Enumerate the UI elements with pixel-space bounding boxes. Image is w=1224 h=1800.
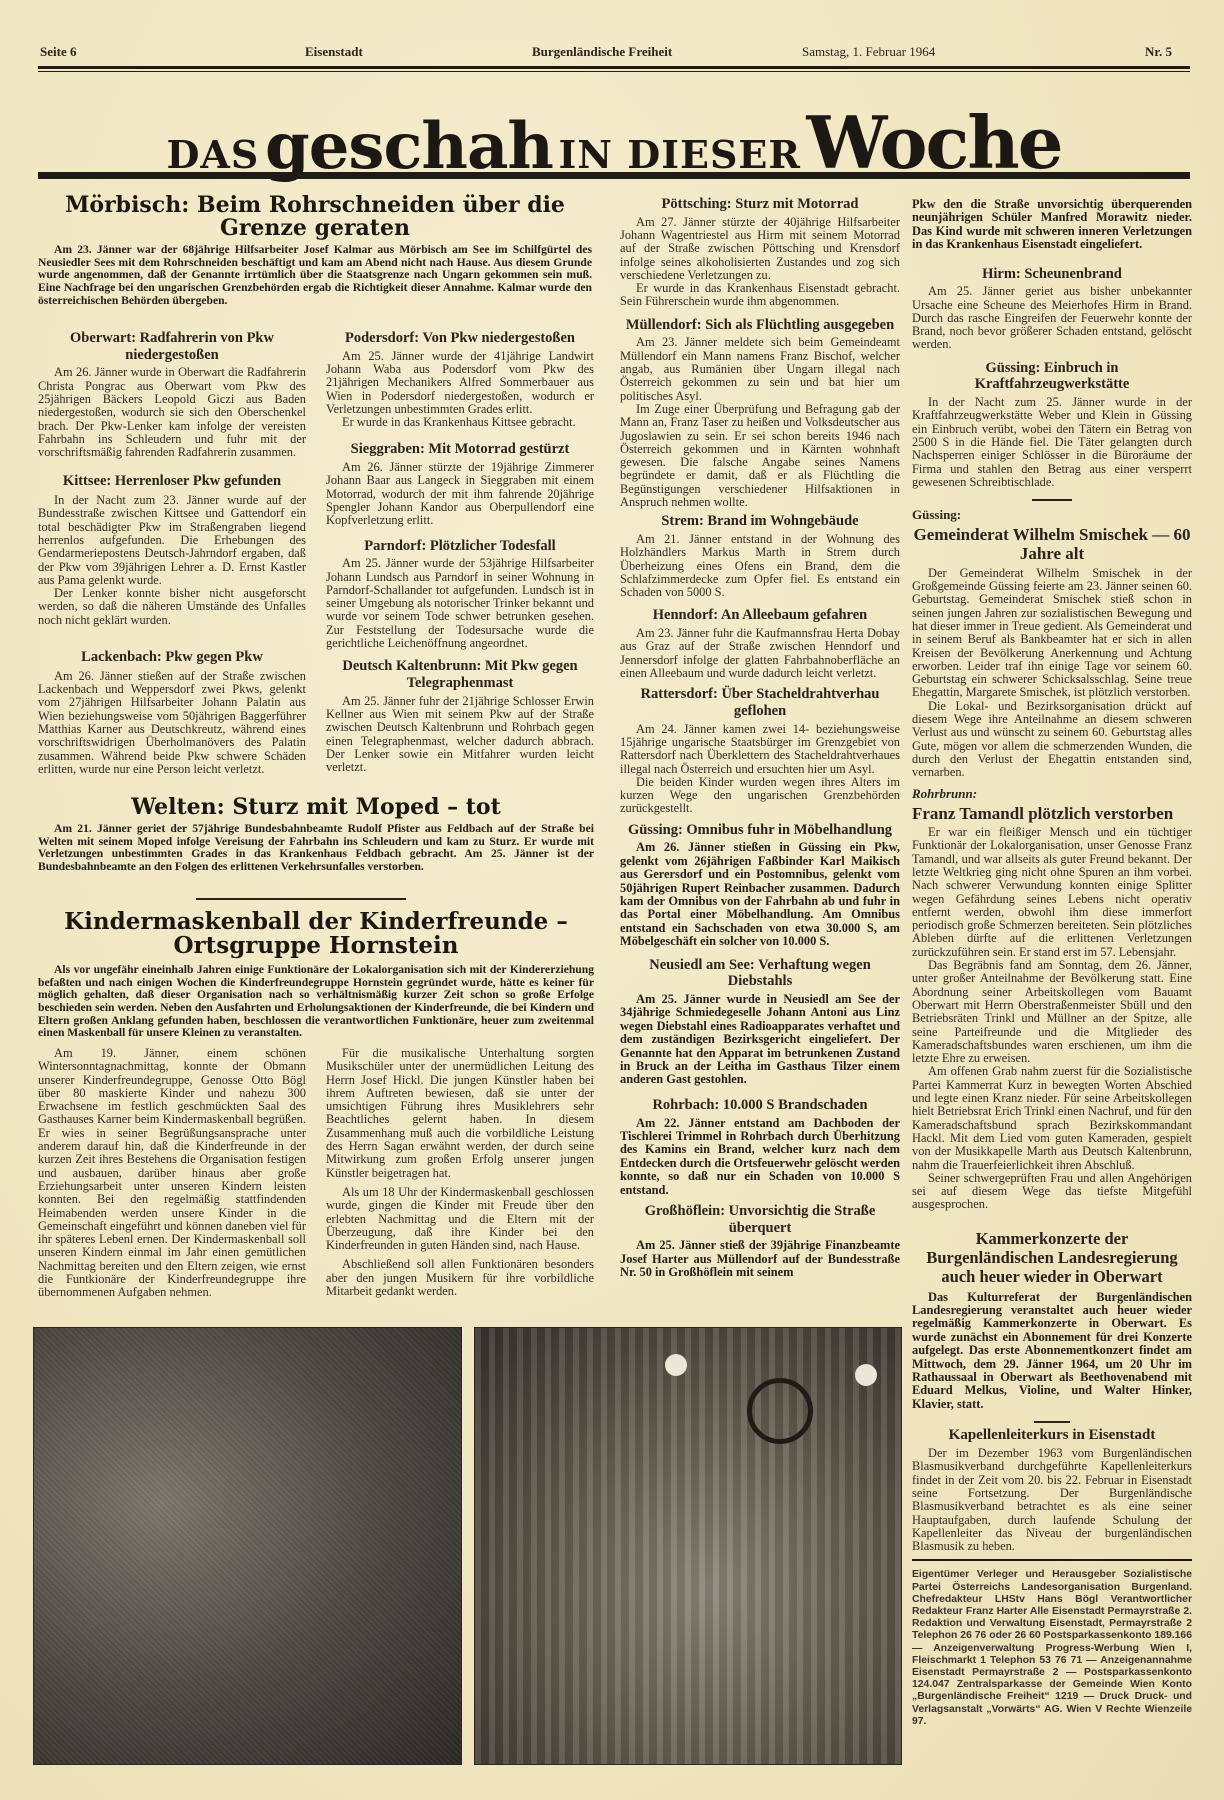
- folio-rule: [38, 66, 1190, 69]
- column-3: Pöttsching: Sturz mit Motorrad Am 27. Jä…: [620, 196, 900, 1280]
- article-kindermaskenball: Kindermaskenball der Kinderfreunde – Ort…: [38, 910, 594, 1040]
- party-emblem-icon: [747, 1378, 813, 1444]
- headline: Mörbisch: Beim Rohrschneiden über die Gr…: [38, 194, 592, 240]
- separator: [1034, 1421, 1070, 1423]
- article-welten: Welten: Sturz mit Moped – tot Am 21. Jän…: [38, 796, 594, 873]
- lamp-icon: [855, 1364, 877, 1386]
- newspaper-page: Seite 6 Eisenstadt Burgenländische Freih…: [0, 0, 1224, 1800]
- headline: Neusiedl am See: Verhaftung wegen Diebst…: [620, 957, 900, 990]
- kicker: Rohrbrunn:: [912, 786, 1192, 802]
- headline: Müllendorf: Sich als Flüchtling ausgegeb…: [620, 317, 900, 334]
- headline: Kittsee: Herrenloser Pkw gefunden: [38, 473, 306, 490]
- issue-date: Samstag, 1. Februar 1964: [802, 44, 935, 60]
- headline: Oberwart: Radfahrerin von Pkw niedergest…: [38, 330, 306, 363]
- headline: Pöttsching: Sturz mit Motorrad: [620, 196, 900, 213]
- headline: Strem: Brand im Wohngebäude: [620, 513, 900, 530]
- headline: Rattersdorf: Über Stacheldrahtverhau gef…: [620, 686, 900, 719]
- separator: [1032, 499, 1072, 501]
- lamp-icon: [665, 1354, 687, 1376]
- headline: Gemeinderat Wilhelm Smischek — 60 Jahre …: [912, 525, 1192, 564]
- headline: Sieggraben: Mit Motorrad gestürzt: [326, 441, 594, 458]
- column-2: Podersdorf: Von Pkw niedergestoßen Am 25…: [326, 330, 594, 774]
- imprint-rule: [912, 1559, 1192, 1561]
- headline: Kindermaskenball der Kinderfreunde – Ort…: [38, 910, 594, 958]
- column-1: Oberwart: Radfahrerin von Pkw niedergest…: [38, 330, 306, 776]
- headline: Lackenbach: Pkw gegen Pkw: [38, 649, 306, 666]
- headline: Großhöflein: Unvorsichtig die Straße übe…: [620, 1203, 900, 1236]
- headline: Podersdorf: Von Pkw niedergestoßen: [326, 330, 594, 347]
- headline: Henndorf: An Alleebaum gefahren: [620, 607, 900, 624]
- page-number: Seite 6: [40, 44, 76, 60]
- headline: Rohrbach: 10.000 S Brandschaden: [620, 1097, 900, 1114]
- headline: Deutsch Kaltenbrunn: Mit Pkw gegen Teleg…: [326, 658, 594, 691]
- headline: Hirm: Scheunenbrand: [912, 266, 1192, 283]
- headline: Güssing: Einbruch in Kraftfahrzeugwerkst…: [912, 360, 1192, 393]
- folio-line: Seite 6 Eisenstadt Burgenländische Freih…: [40, 44, 1190, 66]
- folio-rule-thin: [38, 71, 1190, 72]
- separator: [196, 898, 406, 900]
- issue-number: Nr. 5: [1145, 44, 1172, 60]
- kinder-col-2: Für die musikalische Unterhaltung sorgte…: [326, 1047, 594, 1298]
- article-moerbisch: Mörbisch: Beim Rohrschneiden über die Gr…: [38, 194, 592, 307]
- masthead-word-in-dieser: IN DIESER: [559, 132, 801, 177]
- masthead-word-das: DAS: [166, 132, 259, 177]
- section-masthead: DAS geschah IN DIESER Woche: [38, 100, 1190, 170]
- headline: Franz Tamandl plötzlich verstorben: [912, 804, 1192, 824]
- photo-children-masked-ball: [33, 1327, 462, 1765]
- imprint: Eigentümer Verleger und Herausgeber Sozi…: [912, 1569, 1192, 1728]
- kinder-col-1: Am 19. Jänner, einem schönen Wintersonnt…: [38, 1047, 306, 1300]
- kicker: Güssing:: [912, 507, 1192, 523]
- place: Eisenstadt: [305, 44, 363, 60]
- headline: Kammerkonzerte der Burgenländischen Land…: [912, 1230, 1192, 1287]
- article-body: Am 23. Jänner war der 68jährige Hilfsarb…: [38, 244, 592, 307]
- column-4: Pkw den die Straße unvorsichtig überquer…: [912, 198, 1192, 1728]
- headline: Güssing: Omnibus fuhr in Möbelhandlung: [620, 822, 900, 839]
- headline: Kapellenleiterkurs in Eisenstadt: [912, 1427, 1192, 1444]
- photo-youth-orchestra-hall: [474, 1327, 902, 1765]
- paper-name: Burgenländische Freiheit: [532, 44, 672, 60]
- masthead-rule: [38, 172, 1190, 179]
- headline: Parndorf: Plötzlicher Todesfall: [326, 538, 594, 555]
- headline: Welten: Sturz mit Moped – tot: [38, 796, 594, 819]
